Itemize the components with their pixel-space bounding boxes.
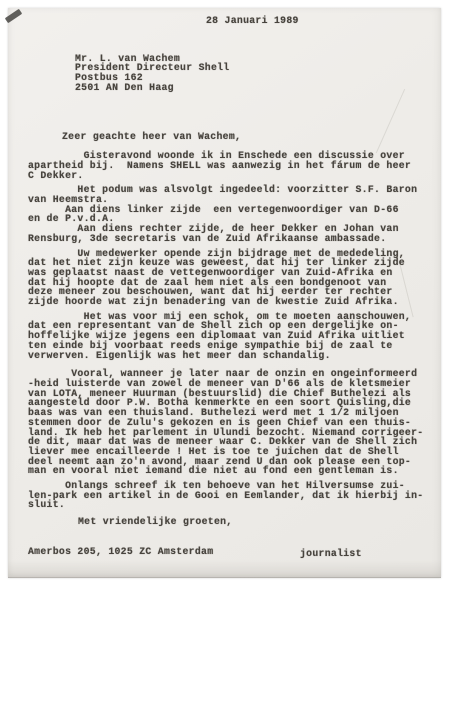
paragraph-5: Vooral, wanneer je later naar de onzin e… <box>28 369 429 476</box>
paragraph-1: Gisteravond woonde ik in Enschede een di… <box>28 151 429 180</box>
sender-address: Amerbos 205, 1025 ZC Amsterdam <box>28 547 213 557</box>
paragraph-3: Uw medewerker opende zijn bijdrage met d… <box>28 249 429 307</box>
paragraph-6: Onlangs schreef ik ten behoeve van het H… <box>28 481 429 510</box>
letter-page: 28 Januari 1989 Mr. L. van Wachem Presid… <box>8 8 441 578</box>
scanned-letter-screenshot: 28 Januari 1989 Mr. L. van Wachem Presid… <box>0 0 450 719</box>
letter-date: 28 Januari 1989 <box>206 16 429 26</box>
signature-role: journalist <box>300 549 362 559</box>
recipient-address-block: Mr. L. van Wachem President Directeur Sh… <box>75 54 429 93</box>
closing-phrase: Met vriendelijke groeten, <box>78 517 429 527</box>
signature-row: Amerbos 205, 1025 ZC Amsterdam journalis… <box>28 547 429 559</box>
letter-content: 28 Januari 1989 Mr. L. van Wachem Presid… <box>8 8 441 559</box>
paragraph-4: Het was voor mij een schok, om te moeten… <box>28 312 429 361</box>
salutation: Zeer geachte heer van Wachem, <box>62 132 429 142</box>
paragraph-2: Het podum was alsvolgt ingedeeld: voorzi… <box>28 185 429 243</box>
